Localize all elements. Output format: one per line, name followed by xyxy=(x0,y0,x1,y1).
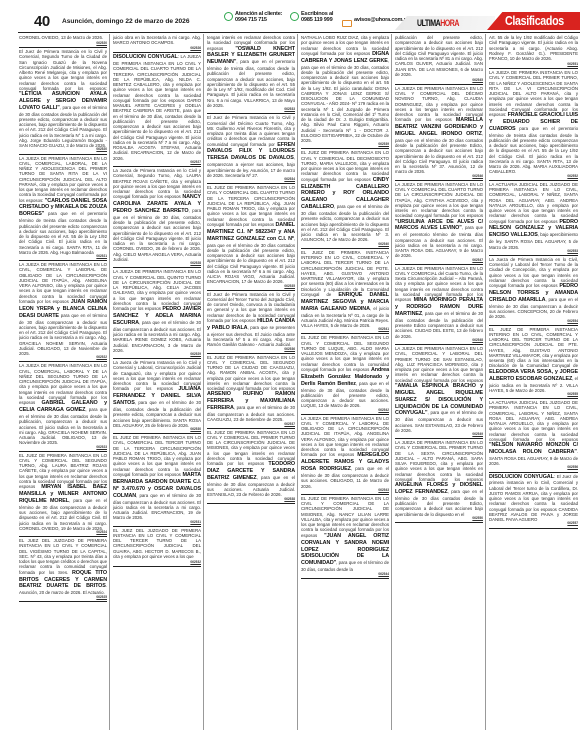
notice-code: 062550 xyxy=(395,517,483,521)
notice-text: publicación del presente edicto, compare… xyxy=(395,35,483,77)
column-3: tengan interés en reclamar derechos cont… xyxy=(207,34,298,730)
notice-code: 062531 xyxy=(113,521,201,525)
notice-tail: para que en el perentorio término de tre… xyxy=(19,211,107,254)
legal-notice: El Juez de Primera Instancia en lo Civil… xyxy=(207,114,295,184)
notice-tail: para que en el término de 30 días compar… xyxy=(19,313,107,356)
legal-notice: tengan interés en reclamar derechos cont… xyxy=(207,34,295,114)
legal-notice: juicio obra en la Secretaría a mi cargo.… xyxy=(113,34,201,53)
notice-tail: , para que en el término de 30 días cont… xyxy=(19,105,107,148)
legal-notice: EL JUEZ DE PRIMERA INSTANCIA EN LO CIVIL… xyxy=(301,334,389,414)
legal-notice: LA JUEZA DE PRIMERA INSTANCIA EN LO CIVI… xyxy=(395,85,483,181)
notice-code: 062552 xyxy=(489,175,578,179)
contact-write-us[interactable]: Escribinos al0985 119 999 xyxy=(290,11,333,24)
legal-notice: LA JUEZA DE PRIMERA INSTANCIA EN LO CIVI… xyxy=(19,362,107,451)
notice-tail: : LA JUEZA DE PRIMERA INSTANCIA EN LO CI… xyxy=(113,54,201,160)
notice-code: 062553 xyxy=(489,250,578,254)
legal-notice: LA JUEZA DE PRIMERA INSTANCIA EN LO CIVI… xyxy=(19,261,107,362)
notice-text: LA ACTUARIA JUDICIAL DEL JUZGADO DE PRIM… xyxy=(489,182,578,224)
legal-notice: EL JUEZ DE PRIMERA INSTANCIA INTERINO EN… xyxy=(489,326,578,399)
column-5: publicación del presente edicto, compare… xyxy=(395,34,486,730)
notice-code: 062542 xyxy=(301,409,389,413)
legal-notice: EL JUEZ DE PRIMERA INSTANCIA EN LO CIVIL… xyxy=(301,149,389,248)
notice-text: LA JUEZA DE PRIMERA INSTANCIA EN LO CIVI… xyxy=(489,70,578,117)
notice-code: 062534 xyxy=(207,178,295,182)
notice-tail: para que en el perentorio término de tre… xyxy=(489,126,578,175)
page-number: 40 xyxy=(34,13,50,30)
legal-notice: LA JUEZA DE PRIMERA INSTANCIA EN LO CIVI… xyxy=(113,268,201,359)
legal-notice: LA JUEZA DE PRIMERA INSTANCIA EN LO CIVI… xyxy=(301,415,389,495)
notice-code: 062525 xyxy=(19,596,107,600)
notice-code: 062521 xyxy=(19,255,107,259)
notice-tail: , para que en el término de 30 días cont… xyxy=(207,236,295,285)
contact-phone: 0985 119 999 xyxy=(301,17,333,23)
contact-label: Atención al cliente: xyxy=(235,11,282,17)
notice-text: El Juez de Primera Instancia en lo Civil… xyxy=(19,49,107,91)
notice-code: 062529 xyxy=(113,353,201,357)
legal-notice: El Juez de Primera Instancia en lo Civil… xyxy=(207,291,295,354)
legal-notice: EL JUEZ DE PRIMERA INSTANCIA INTERINO EN… xyxy=(301,249,389,335)
legal-notice: LA JUEZA DE PRIMERA INSTANCIA EN LO CIVI… xyxy=(19,155,107,262)
notice-text: LA JUEZA DE PRIMERA INSTANCIA EN LO CIVI… xyxy=(19,262,107,304)
whatsapp-icon xyxy=(290,12,299,21)
legal-notice: LA JUEZA DE PRIMERA INSTANCIA EN LO CIVI… xyxy=(489,69,578,181)
column-2: juicio obra en la Secretaría a mi cargo.… xyxy=(113,34,204,730)
legal-notice: EL JUEZ DE PRIMERA INSTANCIA EN LO CIVIL… xyxy=(207,354,295,429)
notice-tail: , para que en el término de 30 días, con… xyxy=(113,208,201,262)
classifieds-columns: CORONEL OVIEDO, 13 de Marzo de 2026. 062… xyxy=(19,34,580,730)
notice-text: LA JUEZA DE PRIMERA INSTANCIA EN LO CIVI… xyxy=(395,182,483,219)
column-1: CORONEL OVIEDO, 13 de Marzo de 2026. 062… xyxy=(19,34,110,730)
notice-party-names: "NELSON NAVARRO MONZON C/ NICOLASA ROLON… xyxy=(489,442,578,455)
legal-notice: EL JUEZ DE PRIMERA INSTANCIA EN LO CIVIL… xyxy=(113,434,201,526)
notice-tail: , para que en el término de 30 días cont… xyxy=(395,131,483,174)
notice-code: 062530 xyxy=(113,428,201,432)
legal-notice: DISOLUCION CONYUGAL: El Juez de primera … xyxy=(489,473,578,529)
notice-code: 062541 xyxy=(301,328,389,332)
legal-notice: publicación del presente edicto, compare… xyxy=(395,34,483,85)
notice-tail: , para que en el perentorio término de t… xyxy=(207,59,295,108)
legal-notice: El Juez de Primera Instancia en lo Civil… xyxy=(19,48,107,155)
notice-code: 062555 xyxy=(489,393,578,397)
notice-code: 062546 xyxy=(395,175,483,179)
notice-text: LA JUEZA DE PRIMERA INSTANCIA EN LO CIVI… xyxy=(301,416,389,458)
legal-notice: EL JUEZ DE PRIMERA INSTANCIA EN LO CIVIL… xyxy=(207,184,295,291)
notice-text: EL JUEZ DE PRIMERA INSTANCIA INTERINO EN… xyxy=(301,250,389,297)
notice-code: 062539 xyxy=(301,143,389,147)
column-6: Art. 55 de la ley 1/92 modificado del Có… xyxy=(489,34,580,730)
page-header: 40 Asunción, domingo 22 de marzo de 2026… xyxy=(0,0,580,30)
section-title: Clasificados xyxy=(505,13,564,28)
notice-code: 062556 xyxy=(489,466,578,470)
notice-code: 062535 xyxy=(207,285,295,289)
notice-code: 062520 xyxy=(19,42,107,46)
notice-text: LA JUEZA DE PRIMERA INSTANCIA EN LO CIVI… xyxy=(19,156,107,203)
notice-code: 062551 xyxy=(489,63,578,67)
legal-notice: LA ACTUARIA JUDICIAL DEL JUZGADO DE PRIM… xyxy=(489,181,578,256)
notice-text: EL JUEZ DE PRIMERA INSTANCIA INTERINO EN… xyxy=(489,327,578,369)
brand-banner: ULTIMAHORA Clasificados xyxy=(395,16,580,30)
legal-notice: EL JUEZ DE PRIMERA INSTANCIA EN LO CIVIL… xyxy=(301,495,389,579)
notice-code: 062543 xyxy=(301,489,389,493)
notice-tail: , para que en el término de 30 días, con… xyxy=(301,58,389,143)
legal-notice: LA JUEZA DE PRIMERA INSTANCIA EN LO CIVI… xyxy=(395,181,483,265)
legal-notice: LA JUEZA DE PRIMERA INSTANCIA EN LO CIVI… xyxy=(395,439,483,523)
contact-label: Escribinos al xyxy=(301,11,333,17)
mail-icon xyxy=(342,20,352,27)
contact-customer-service[interactable]: Atención al cliente:0994 715 715 xyxy=(224,11,282,24)
notice-text: LA JUEZA DE PRIMERA INSTANCIA EN LO CIVI… xyxy=(19,363,107,405)
legal-notice: EL JUEZ DE PRIMERA INSTANCIA EN LO CIVIL… xyxy=(207,429,295,504)
legal-notice: La Jueza de Primera Instancia en lo Civi… xyxy=(113,359,201,434)
notice-text: EL JUEZ DE PRIMERA INSTANCIA EN LO CIVIL… xyxy=(207,355,295,392)
notice-text: juicio obra en la Secretaría a mi cargo.… xyxy=(113,35,201,45)
notice-text: EL JUEZ DE PRIMERA INSTANCIA EN LO CIVIL… xyxy=(301,496,389,538)
notice-code: 062527 xyxy=(113,161,201,165)
header-rule xyxy=(18,32,580,33)
legal-notice: EL JUEZ DEL JUZGADO DE PRIMERA INSTANCIA… xyxy=(19,537,107,602)
legal-notice: La Jueza de Primera Instancia en lo Civi… xyxy=(113,167,201,268)
notice-code: 062544 xyxy=(301,573,389,577)
notice-code: 062554 xyxy=(489,320,578,324)
notice-text: EL JUEZ DEL JUZGADO DE PRIMERA INSTANCIA… xyxy=(113,528,201,559)
dateline: Asunción, domingo 22 de marzo de 2026 xyxy=(62,18,190,25)
brand-logo: ULTIMAHORA xyxy=(417,18,459,28)
notice-code: 062528 xyxy=(113,262,201,266)
legal-notice: LA JUEZA DE PRIMERA INSTANCIA EN LO CIVI… xyxy=(395,265,483,345)
notice-code: 062523 xyxy=(19,446,107,450)
notice-code: 062537 xyxy=(207,423,295,427)
notice-code: 062549 xyxy=(395,433,483,437)
notice-code: 062545 xyxy=(395,79,483,83)
notice-code: 062540 xyxy=(301,243,389,247)
contact-phone: 0994 715 715 xyxy=(235,17,267,23)
column-4: NATHALIA LOBO RUIZ DIAZ, cita y emplaza … xyxy=(301,34,392,730)
notice-text: LA ACTUARIA JUDICIAL DEL JUZGADO DE PRIM… xyxy=(489,400,578,442)
notice-tail: : El Juez de primera instancia en lo Civ… xyxy=(489,474,578,523)
notice-text: Art. 55 de la ley 1/92 modificado del Có… xyxy=(489,35,578,61)
notice-party-names: DISOLUCION CONYUGAL xyxy=(489,474,554,480)
notice-code: 062524 xyxy=(19,531,107,535)
notice-text: EL JUEZ DE PRIMERA INSTANCIA EN LO CIVIL… xyxy=(207,185,295,227)
legal-notice: LA ACTUARIA JUDICIAL DEL JUZGADO DE PRIM… xyxy=(489,399,578,472)
notice-code: 062548 xyxy=(395,339,483,343)
notice-text: LA JUEZA DE PRIMERA INSTANCIA EN LO CIVI… xyxy=(395,440,483,482)
legal-notice: EL JUEZ DEL JUZGADO DE PRIMERA INSTANCIA… xyxy=(113,527,201,567)
notice-code: 062533 xyxy=(207,108,295,112)
legal-notice: DISOLUCION CONYUGAL: LA JUEZA DE PRIMERA… xyxy=(113,53,201,167)
notice-party-names: DISOLUCION CONYUGAL xyxy=(113,54,178,60)
notice-code: 062526 xyxy=(113,47,201,51)
legal-notice: NATHALIA LOBO RUIZ DIAZ, cita y emplaza … xyxy=(301,34,389,149)
notice-party-names: ELEODORA VERA SOSA, y JORGE ALBERTO ESCO… xyxy=(489,369,578,382)
legal-notice: LA JUEZA DE PRIMERA INSTANCIA EN LO CIVI… xyxy=(395,345,483,439)
legal-notice: Art. 55 de la ley 1/92 modificado del Có… xyxy=(489,34,578,69)
notice-code: 062536 xyxy=(207,348,295,352)
legal-notice: EL JUEZ DE PRIMERA INSTANCIA EN LO CIVIL… xyxy=(19,452,107,538)
notice-text: LA JUEZA DE PRIMERA INSTANCIA EN LO CIVI… xyxy=(395,346,483,383)
notice-code: 062522 xyxy=(19,356,107,360)
notice-text: CORONEL OVIEDO, 13 de Marzo de 2026. xyxy=(19,35,103,40)
legal-notice: CORONEL OVIEDO, 13 de Marzo de 2026. 062… xyxy=(19,34,107,48)
whatsapp-icon xyxy=(224,12,233,21)
notice-code: 062557 xyxy=(489,522,578,526)
notice-code: 062520 xyxy=(19,148,107,152)
legal-notice: La Jueza de Primera Instancia en lo Civi… xyxy=(489,256,578,326)
notice-code: 062538 xyxy=(207,498,295,502)
notice-code: 062547 xyxy=(395,259,483,263)
notice-text: EL JUEZ DE PRIMERA INSTANCIA EN LO CIVIL… xyxy=(113,435,201,477)
notice-code: 062532 xyxy=(113,561,201,565)
notice-text: LA JUEZA DE PRIMERA INSTANCIA EN LO CIVI… xyxy=(113,269,201,311)
